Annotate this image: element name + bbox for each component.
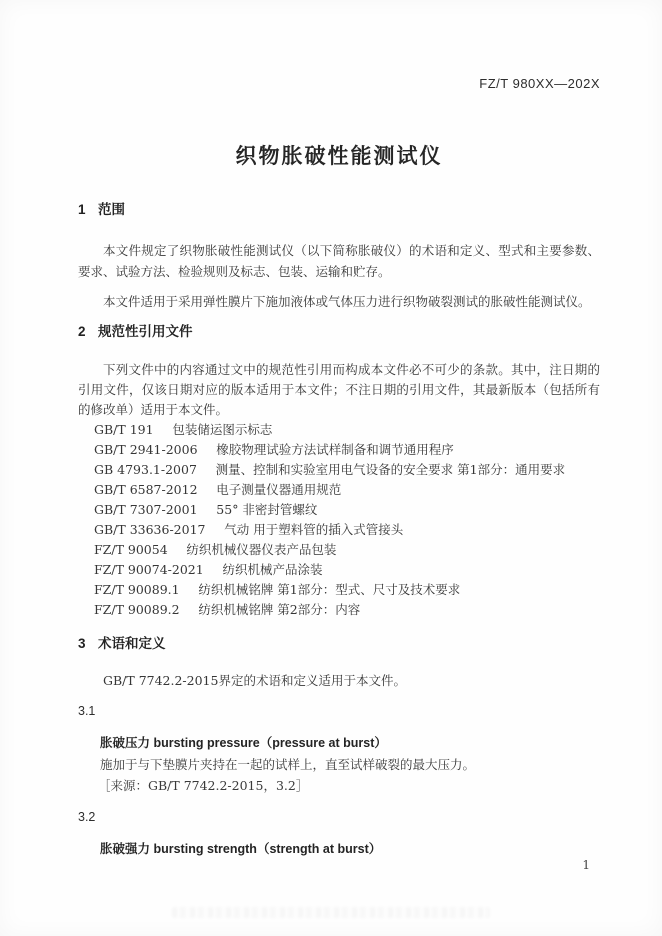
reference-title: 气动 用于塑料管的插入式管接头: [224, 522, 403, 537]
reference-code: FZ/T 90089.1: [94, 582, 180, 597]
reference-title: 纺织机械产品涂装: [222, 562, 322, 577]
term-3-1-definition: 施加于与下垫膜片夹持在一起的试样上，直至试样破裂的最大压力。: [100, 754, 600, 775]
reference-item: GB/T 2941-2006橡胶物理试验方法试样制备和调节通用程序: [94, 440, 600, 460]
section-1-paragraph-2: 本文件适用于采用弹性膜片下施加液体或气体压力进行织物破裂测试的胀破性能测试仪。: [78, 291, 600, 312]
footer-watermark: [172, 907, 490, 918]
reference-code: GB/T 33636-2017: [94, 522, 206, 537]
reference-title: 电子测量仪器通用规范: [216, 482, 341, 497]
section-2-paragraph-1: 下列文件中的内容通过文中的规范性引用而构成本文件必不可少的条款。其中，注日期的引…: [78, 360, 600, 420]
reference-code: GB/T 191: [94, 422, 154, 437]
reference-item: FZ/T 90054纺织机械仪器仪表产品包装: [94, 540, 600, 560]
reference-code: FZ/T 90074-2021: [94, 562, 204, 577]
term-3-1: 胀破压力 bursting pressure（pressure at burst…: [100, 733, 600, 754]
section-3-paragraph-1: GB/T 7742.2-2015界定的术语和定义适用于本文件。: [78, 670, 600, 691]
reference-code: GB/T 6587-2012: [94, 482, 198, 497]
section-1-title: 范围: [98, 202, 125, 217]
reference-title: 测量、控制和实验室用电气设备的安全要求 第1部分：通用要求: [216, 462, 565, 477]
reference-item: FZ/T 90089.1纺织机械铭牌 第1部分：型式、尺寸及技术要求: [94, 580, 600, 600]
reference-title: 纺织机械仪器仪表产品包装: [186, 542, 336, 557]
reference-item: GB/T 191包装储运图示标志: [94, 420, 600, 440]
reference-item: GB/T 6587-2012电子测量仪器通用规范: [94, 480, 600, 500]
reference-item: GB/T 33636-2017气动 用于塑料管的插入式管接头: [94, 520, 600, 540]
section-2-number: 2: [78, 323, 98, 341]
reference-item: GB/T 7307-200155° 非密封管螺纹: [94, 500, 600, 520]
section-3-title: 术语和定义: [98, 636, 166, 651]
section-2-heading: 2规范性引用文件: [78, 323, 600, 341]
reference-code: GB/T 7307-2001: [94, 502, 198, 517]
document-title: 织物胀破性能测试仪: [78, 143, 600, 171]
clause-3-1-number: 3.1: [78, 703, 600, 720]
reference-code: GB 4793.1-2007: [94, 462, 197, 477]
section-1-heading: 1范围: [78, 201, 600, 219]
standard-code: FZ/T 980XX—202X: [479, 76, 600, 91]
page-number: 1: [582, 858, 590, 872]
reference-title: 包装储运图示标志: [172, 422, 272, 437]
clause-3-2-number: 3.2: [78, 809, 600, 826]
section-3-number: 3: [78, 635, 98, 653]
term-3-2: 胀破强力 bursting strength（strength at burst…: [100, 839, 600, 860]
section-3-heading: 3术语和定义: [78, 635, 600, 653]
reference-code: GB/T 2941-2006: [94, 442, 198, 457]
reference-code: FZ/T 90054: [94, 542, 168, 557]
section-2-title: 规范性引用文件: [98, 324, 193, 339]
reference-title: 橡胶物理试验方法试样制备和调节通用程序: [216, 442, 454, 457]
reference-title: 纺织机械铭牌 第2部分：内容: [198, 602, 360, 617]
reference-title: 55° 非密封管螺纹: [216, 502, 317, 517]
reference-item: FZ/T 90074-2021纺织机械产品涂装: [94, 560, 600, 580]
normative-references-list: GB/T 191包装储运图示标志 GB/T 2941-2006橡胶物理试验方法试…: [78, 420, 600, 620]
document-page: FZ/T 980XX—202X 织物胀破性能测试仪 1范围 本文件规定了织物胀破…: [0, 0, 662, 936]
reference-title: 纺织机械铭牌 第1部分：型式、尺寸及技术要求: [198, 582, 460, 597]
reference-item: FZ/T 90089.2纺织机械铭牌 第2部分：内容: [94, 600, 600, 620]
section-1-number: 1: [78, 201, 98, 219]
term-3-1-source: ［来源：GB/T 7742.2-2015，3.2］: [98, 775, 600, 796]
reference-code: FZ/T 90089.2: [94, 602, 180, 617]
section-1-paragraph-1: 本文件规定了织物胀破性能测试仪（以下简称胀破仪）的术语和定义、型式和主要参数、要…: [78, 240, 600, 282]
page-content: 织物胀破性能测试仪 1范围 本文件规定了织物胀破性能测试仪（以下简称胀破仪）的术…: [0, 143, 662, 860]
reference-item: GB 4793.1-2007测量、控制和实验室用电气设备的安全要求 第1部分：通…: [94, 460, 600, 480]
